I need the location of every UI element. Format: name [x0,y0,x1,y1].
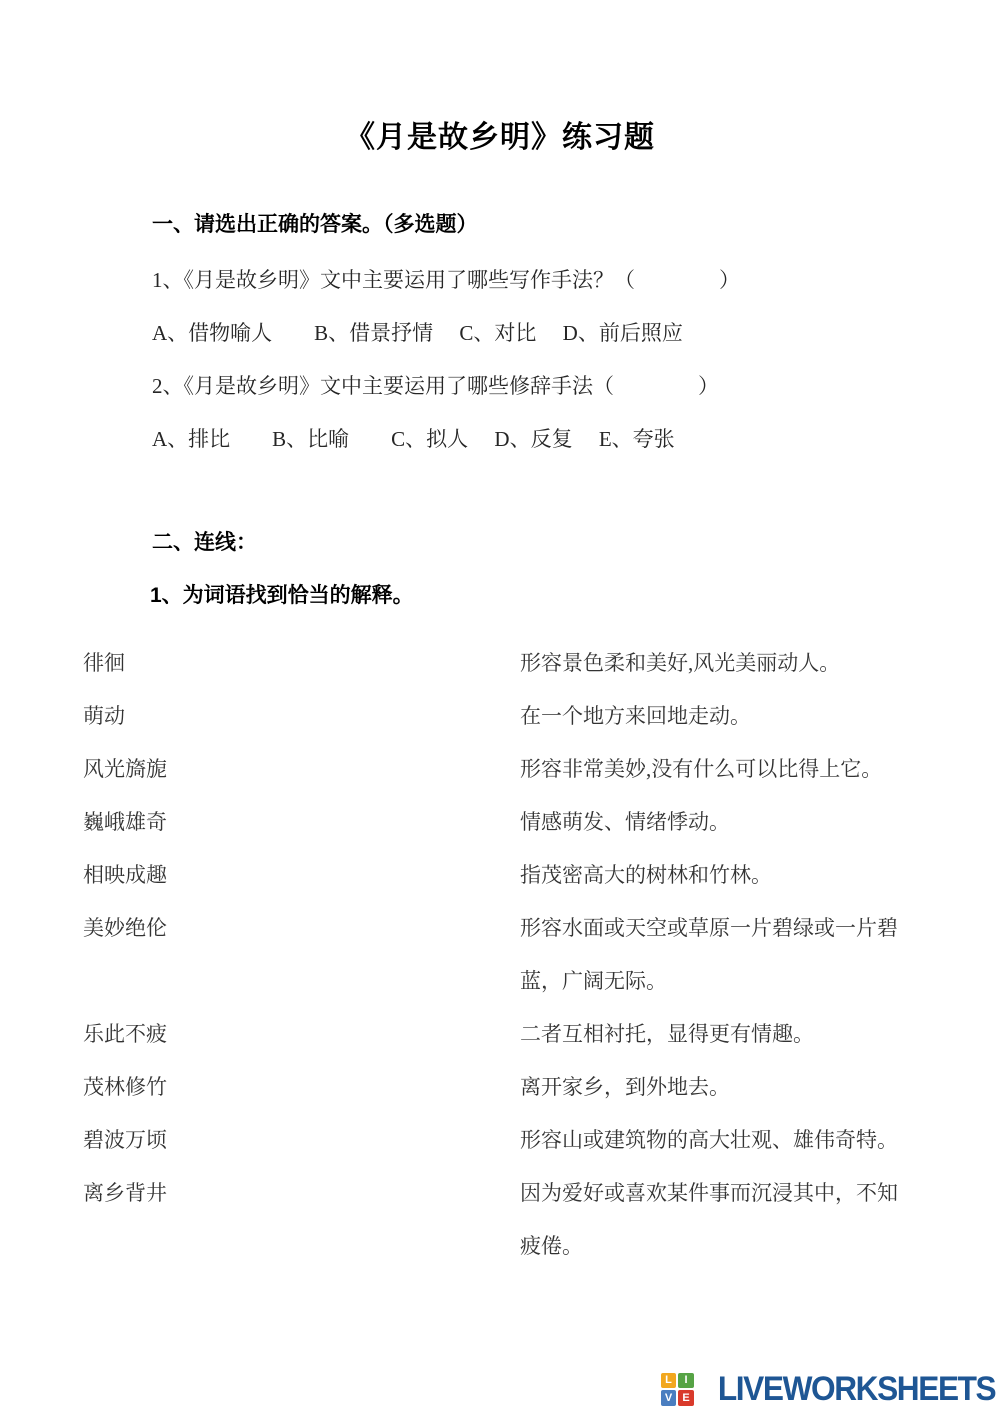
match-word[interactable]: 相映成趣 [83,849,520,902]
liveworksheets-logo-text: LIVEWORKSHEETS [718,1372,995,1406]
question-2-options: A、排比 B、比喻 C、拟人 D、反复 E、夸张 [152,411,1000,464]
section-two-heading: 二、连线： [152,530,1000,556]
question-2: 2、《月是故乡明》文中主要运用了哪些修辞手法（ ） [152,358,1000,411]
question-1: 1、《月是故乡明》文中主要运用了哪些写作手法？（ ） [152,252,1000,305]
matching-exercise: 徘徊 形容景色柔和美好,风光美丽动人。 萌动 在一个地方来回地走动。 风光旖旎 … [83,637,900,1273]
match-row: 离乡背井 因为爱好或喜欢某件事而沉浸其中，不知疲倦。 [83,1167,900,1273]
match-definition[interactable]: 因为爱好或喜欢某件事而沉浸其中，不知疲倦。 [520,1167,900,1273]
liveworksheets-logo-icon: L I V E [661,1373,694,1406]
match-word[interactable]: 美妙绝伦 [83,902,520,955]
match-row: 萌动 在一个地方来回地走动。 [83,690,900,743]
question-1-options: A、借物喻人 B、借景抒情 C、对比 D、前后照应 [152,305,1000,358]
match-word[interactable]: 萌动 [83,690,520,743]
match-definition[interactable]: 指茂密高大的树林和竹林。 [520,849,900,902]
match-word[interactable]: 风光旖旎 [83,743,520,796]
match-definition[interactable]: 情感萌发、情绪悸动。 [520,796,900,849]
match-word[interactable]: 徘徊 [83,637,520,690]
match-definition[interactable]: 形容景色柔和美好,风光美丽动人。 [520,637,900,690]
match-definition[interactable]: 离开家乡，到外地去。 [520,1061,900,1114]
match-row: 风光旖旎 形容非常美妙,没有什么可以比得上它。 [83,743,900,796]
logo-cell: E [678,1390,694,1406]
match-word[interactable]: 离乡背井 [83,1167,520,1220]
match-definition[interactable]: 二者互相衬托，显得更有情趣。 [520,1008,900,1061]
match-row: 茂林修竹 离开家乡，到外地去。 [83,1061,900,1114]
match-row: 相映成趣 指茂密高大的树林和竹林。 [83,849,900,902]
match-definition[interactable]: 在一个地方来回地走动。 [520,690,900,743]
match-word[interactable]: 碧波万顷 [83,1114,520,1167]
match-definition[interactable]: 形容非常美妙,没有什么可以比得上它。 [520,743,900,796]
match-word[interactable]: 乐此不疲 [83,1008,520,1061]
match-definition[interactable]: 形容山或建筑物的高大壮观、雄伟奇特。 [520,1114,900,1167]
section-one-questions: 1、《月是故乡明》文中主要运用了哪些写作手法？（ ） A、借物喻人 B、借景抒情… [0,252,1000,464]
section-one-heading: 一、请选出正确的答案。（多选题） [152,212,1000,238]
section-two-subheading: 1、为词语找到恰当的解释。 [150,583,1000,609]
logo-cell: I [678,1373,694,1389]
logo-cell: V [661,1390,677,1406]
match-row: 徘徊 形容景色柔和美好,风光美丽动人。 [83,637,900,690]
page-title: 《月是故乡明》练习题 [0,0,1000,158]
match-row: 巍峨雄奇 情感萌发、情绪悸动。 [83,796,900,849]
match-definition[interactable]: 形容水面或天空或草原一片碧绿或一片碧蓝，广阔无际。 [520,902,900,1008]
logo-cell: L [661,1373,677,1389]
match-row: 乐此不疲 二者互相衬托，显得更有情趣。 [83,1008,900,1061]
match-word[interactable]: 茂林修竹 [83,1061,520,1114]
match-row: 美妙绝伦 形容水面或天空或草原一片碧绿或一片碧蓝，广阔无际。 [83,902,900,1008]
match-word[interactable]: 巍峨雄奇 [83,796,520,849]
liveworksheets-logo: L I V E LIVEWORKSHEETS [661,1372,995,1406]
match-row: 碧波万顷 形容山或建筑物的高大壮观、雄伟奇特。 [83,1114,900,1167]
